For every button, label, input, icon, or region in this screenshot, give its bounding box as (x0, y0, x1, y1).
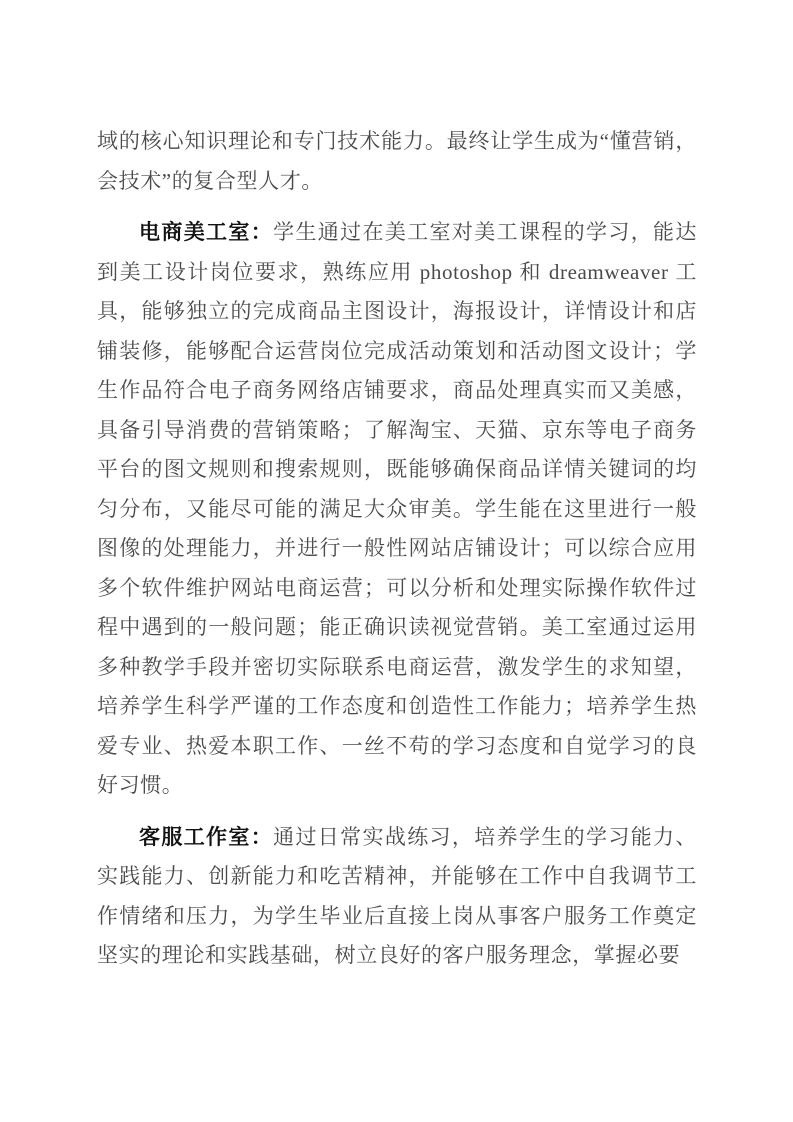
paragraph-lead: 电商美工室： (139, 220, 273, 244)
page-content: 域的核心知识理论和专门技术能力。最终让学生成为“懂营销，会技术”的复合型人才。 … (97, 122, 697, 976)
document-page: 域的核心知识理论和专门技术能力。最终让学生成为“懂营销，会技术”的复合型人才。 … (0, 0, 793, 1122)
paragraph-continuation: 域的核心知识理论和专门技术能力。最终让学生成为“懂营销，会技术”的复合型人才。 (97, 122, 697, 201)
paragraph-ecommerce-art-studio: 电商美工室：学生通过在美工室对美工课程的学习，能达到美工设计岗位要求，熟练应用 … (97, 213, 697, 806)
paragraph-lead: 客服工作室： (139, 825, 273, 849)
paragraph-body: 学生通过在美工室对美工课程的学习，能达到美工设计岗位要求，熟练应用 photos… (97, 220, 697, 797)
paragraph-customer-service-studio: 客服工作室：通过日常实战练习，培养学生的学习能力、实践能力、创新能力和吃苦精神，… (97, 818, 697, 976)
paragraph-body: 域的核心知识理论和专门技术能力。最终让学生成为“懂营销，会技术”的复合型人才。 (97, 129, 697, 193)
